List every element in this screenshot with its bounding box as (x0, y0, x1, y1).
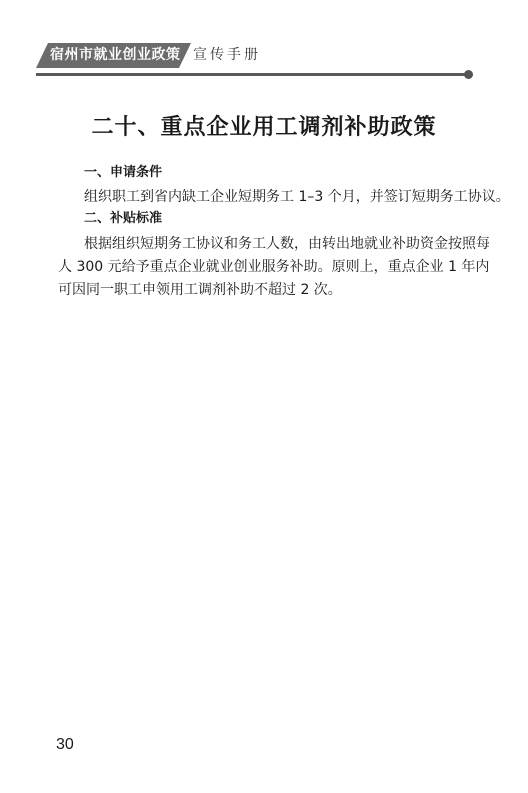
section-body-application-conditions: 组织职工到省内缺工企业短期务工 1–3 个月，并签订短期务工协议。 (58, 186, 478, 209)
page-title: 二十、重点企业用工调剂补助政策 (0, 112, 528, 142)
section-heading-application-conditions: 一、申请条件 (84, 164, 162, 182)
header-rule (36, 73, 466, 76)
page-number: 30 (56, 736, 74, 754)
header-banner-title: 宿州市就业创业政策 (50, 46, 181, 65)
section-heading-subsidy-standard: 二、补贴标准 (84, 210, 162, 228)
paragraph-line: 可因同一职工申领用工调剂补助不超过 2 次。 (58, 279, 478, 302)
paragraph-line: 人 300 元给予重点企业就业创业服务补助。原则上，重点企业 1 年内 (58, 256, 478, 279)
paragraph-line: 根据组织短期务工协议和务工人数，由转出地就业补助资金按照每 (58, 233, 478, 256)
paragraph-line: 组织职工到省内缺工企业短期务工 1–3 个月，并签订短期务工协议。 (58, 186, 478, 209)
section-body-subsidy-standard: 根据组织短期务工协议和务工人数，由转出地就业补助资金按照每 人 300 元给予重… (58, 233, 478, 302)
running-header: 宿州市就业创业政策 宣传手册 (0, 0, 528, 80)
header-rule-dot-icon (464, 70, 473, 79)
header-banner-subtitle: 宣传手册 (193, 46, 261, 65)
